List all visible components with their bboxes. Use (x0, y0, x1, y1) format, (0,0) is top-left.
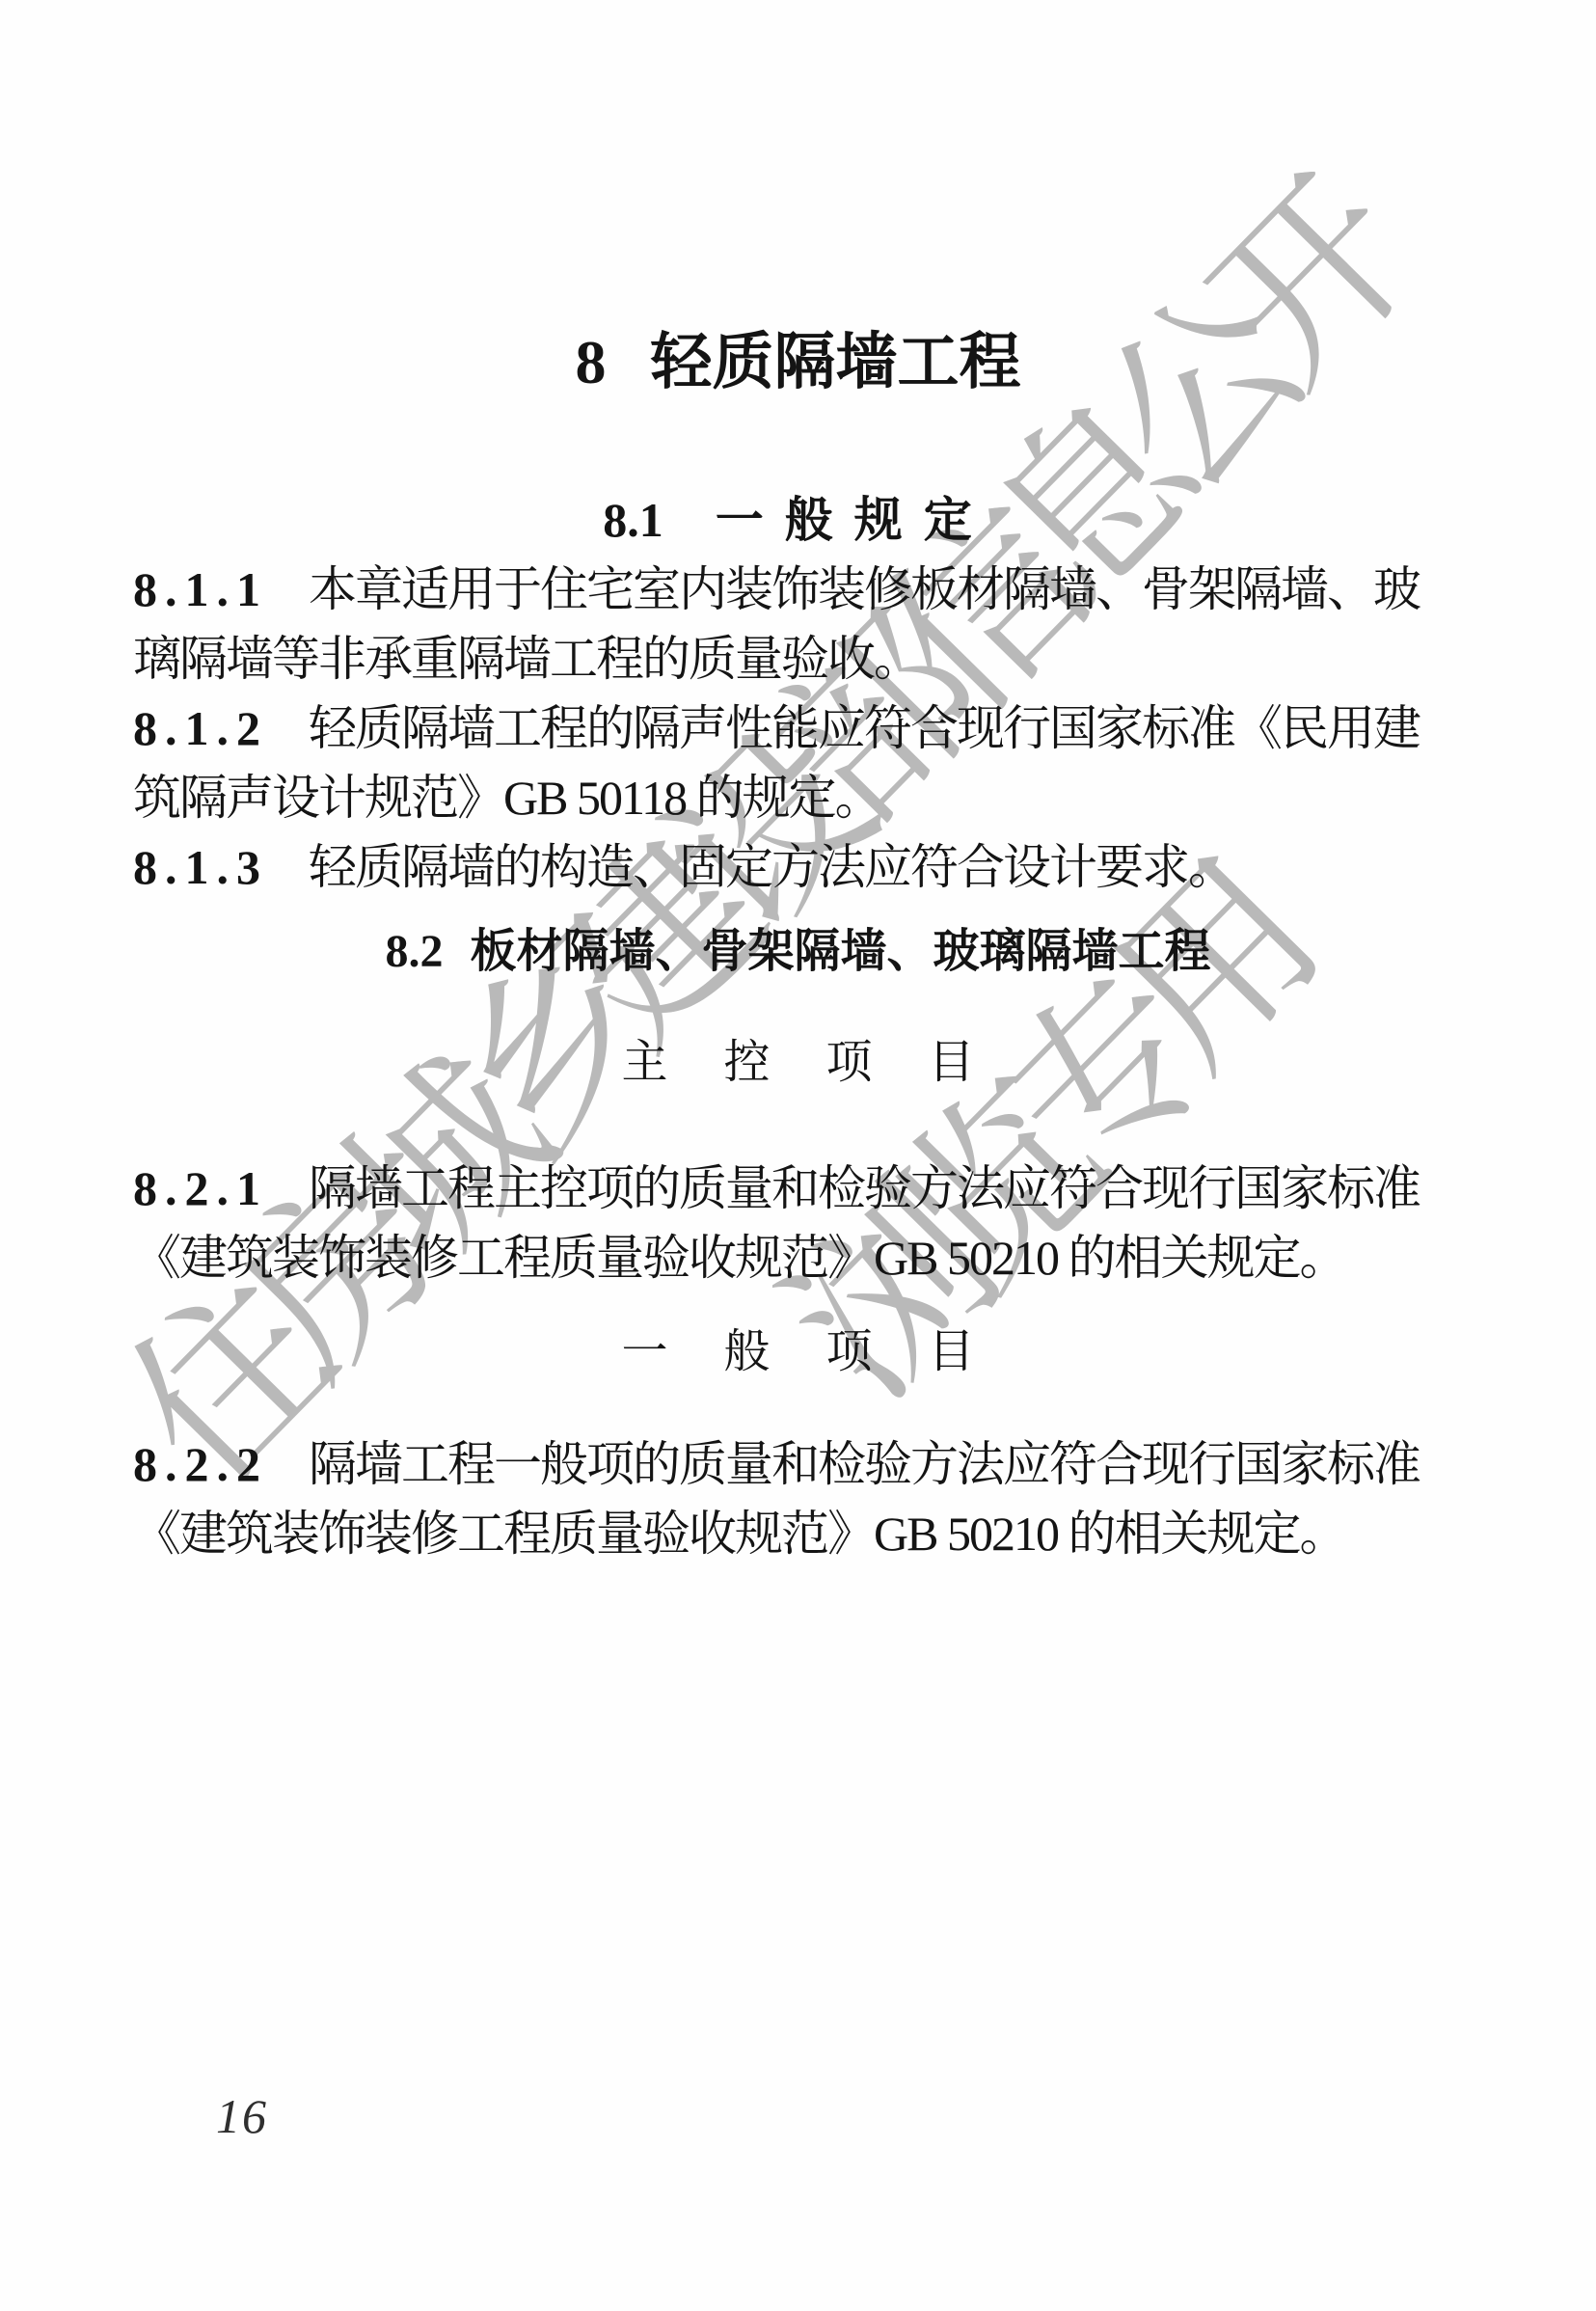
clause-8-1-3-text: 轻质隔墙的构造、固定方法应符合设计要求。 (309, 840, 1234, 894)
subheading-main-items: 主控项目 (0, 1034, 1596, 1092)
chapter-title: 轻质隔墙工程 (651, 324, 1021, 401)
clause-8-1-1: 8.1.1本章适用于住宅室内装饰装修板材隔墙、骨架隔墙、玻 璃隔墙等非承重隔墙工… (133, 555, 1481, 693)
clause-8-2-1: 8.2.1隔墙工程主控项的质量和检验方法应符合现行国家标准 《建筑装饰装修工程质… (133, 1154, 1481, 1292)
clause-8-2-2-text: 隔墙工程一般项的质量和检验方法应符合现行国家标准 《建筑装饰装修工程质量验收规范… (133, 1437, 1420, 1561)
clause-8-1-3-number: 8.1.3 (133, 840, 268, 894)
page-number: 16 (216, 2089, 268, 2143)
section-8-1-number: 8.1 (603, 490, 663, 550)
clause-8-1-2: 8.1.2轻质隔墙工程的隔声性能应符合现行国家标准《民用建 筑隔声设计规范》GB… (133, 693, 1481, 832)
clause-8-1-2-number: 8.1.2 (133, 701, 268, 755)
clause-8-2-2: 8.2.2隔墙工程一般项的质量和检验方法应符合现行国家标准 《建筑装饰装修工程质… (133, 1429, 1481, 1568)
clause-8-2-1-text: 隔墙工程主控项的质量和检验方法应符合现行国家标准 《建筑装饰装修工程质量验收规范… (133, 1161, 1420, 1285)
section-8-2-title: 板材隔墙、骨架隔墙、玻璃隔墙工程 (470, 922, 1210, 982)
clause-8-2-2-number: 8.2.2 (133, 1437, 268, 1491)
clause-8-1-1-number: 8.1.1 (133, 562, 268, 616)
section-heading-8-1: 8.1 一般规定 (0, 490, 1596, 550)
document-page: 住房城乡建设部信息公开 浏览专用 8 轻质隔墙工程 8.1 一般规定 8.1.1… (0, 0, 1596, 2311)
section-8-1-title: 一般规定 (694, 490, 993, 550)
chapter-heading: 8 轻质隔墙工程 (0, 324, 1596, 401)
chapter-number: 8 (576, 324, 607, 401)
clause-8-1-1-text: 本章适用于住宅室内装饰装修板材隔墙、骨架隔墙、玻 璃隔墙等非承重隔墙工程的质量验… (133, 562, 1420, 686)
clause-8-1-3: 8.1.3轻质隔墙的构造、固定方法应符合设计要求。 (133, 832, 1481, 902)
clause-8-1-2-text: 轻质隔墙工程的隔声性能应符合现行国家标准《民用建 筑隔声设计规范》GB 5011… (133, 701, 1420, 825)
section-8-2-number: 8.2 (385, 922, 443, 982)
section-heading-8-2: 8.2 板材隔墙、骨架隔墙、玻璃隔墙工程 (0, 922, 1596, 982)
clause-8-2-1-number: 8.2.1 (133, 1161, 268, 1215)
subheading-general-items: 一般项目 (0, 1323, 1596, 1381)
text-layer: 8 轻质隔墙工程 8.1 一般规定 8.1.1本章适用于住宅室内装饰装修板材隔墙… (0, 0, 1596, 2311)
